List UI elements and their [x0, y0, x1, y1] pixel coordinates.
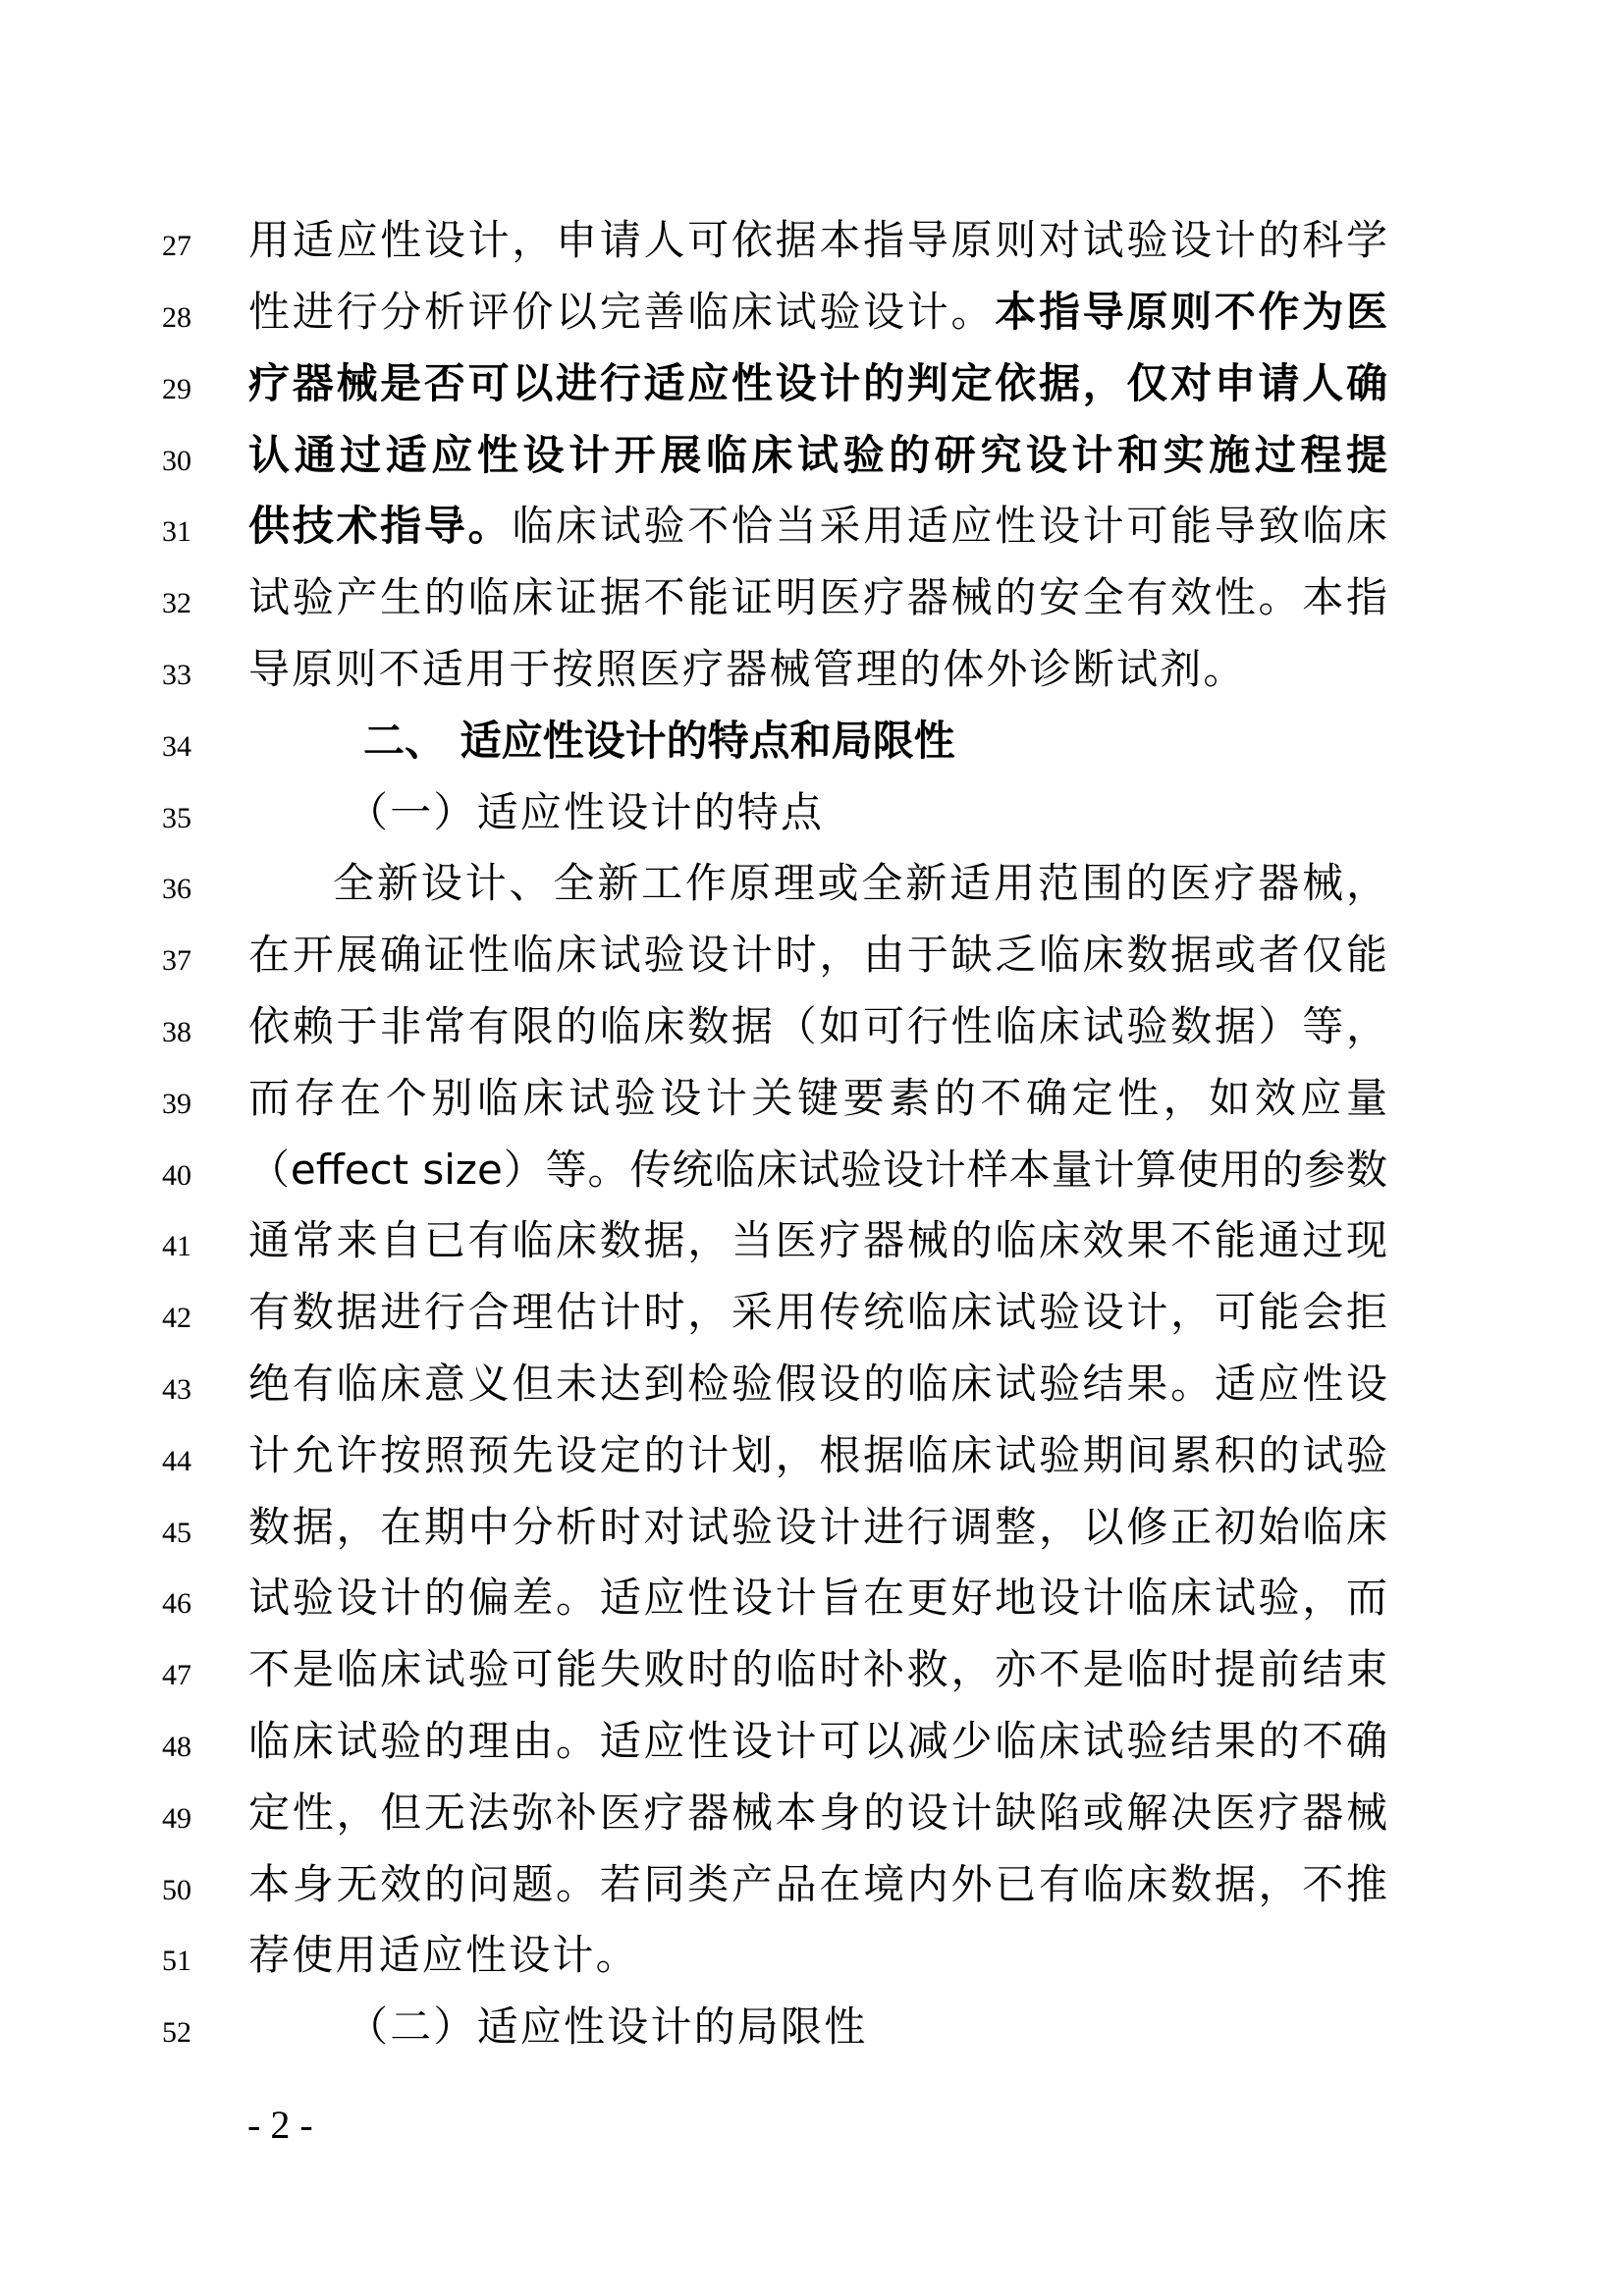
heading-text: （二）适应性设计的局限性 — [347, 2002, 867, 2051]
text-segment: 数据，在期中分析时对试验设计进行调整，以修正初始临床 — [248, 1503, 1387, 1551]
text-segment: 计允许按照预先设定的计划，根据临床试验期间累积的试验 — [248, 1431, 1387, 1479]
line-number: 52 — [147, 1998, 206, 2068]
line-number: 49 — [147, 1784, 206, 1854]
subsection-heading-line: 52 （二）适应性设计的局限性 — [0, 1992, 1624, 2062]
text-segment: 定性，但无法弥补医疗器械本身的设计缺陷或解决医疗器械 — [248, 1789, 1387, 1837]
line-number: 34 — [147, 712, 206, 782]
text-line: 36 全新设计、全新工作原理或全新适用范围的医疗器械， — [0, 848, 1624, 919]
text-line: 48 临床试验的理由。适应性设计可以减少临床试验结果的不确 — [0, 1706, 1624, 1777]
subsection-heading: （一）适应性设计的特点 — [347, 777, 1486, 848]
text-segment: 在开展确证性临床试验设计时，由于缺乏临床数据或者仅能 — [248, 931, 1387, 979]
text-segment: 试验产生的临床证据不能证明医疗器械的安全有效性。本指 — [248, 573, 1387, 621]
body-text: 定性，但无法弥补医疗器械本身的设计缺陷或解决医疗器械 — [248, 1778, 1387, 1848]
line-number: 48 — [147, 1712, 206, 1783]
page-number: - 2 - — [247, 2101, 313, 2150]
subsection-heading: （二）适应性设计的局限性 — [347, 1992, 1486, 2062]
text-segment: 用适应性设计，申请人可依据本指导原则对试验设计的科学 — [248, 216, 1387, 264]
text-line: 40 （effect size）等。传统临床试验设计样本量计算使用的参数 — [0, 1135, 1624, 1205]
text-segment: 通常来自已有临床数据，当医疗器械的临床效果不能通过现 — [248, 1216, 1387, 1264]
line-number: 33 — [147, 640, 206, 711]
text-segment: 试验设计的偏差。适应性设计旨在更好地设计临床试验，而 — [248, 1574, 1387, 1622]
body-text: 在开展确证性临床试验设计时，由于缺乏临床数据或者仅能 — [248, 920, 1387, 990]
line-number: 42 — [147, 1283, 206, 1354]
text-line: 39 而存在个别临床试验设计关键要素的不确定性，如效应量 — [0, 1063, 1624, 1134]
line-number: 41 — [147, 1211, 206, 1282]
line-number: 45 — [147, 1498, 206, 1569]
bold-text-segment: 供技术指导。 — [248, 502, 512, 550]
text-segment: （effect size）等。传统临床试验设计样本量计算使用的参数 — [248, 1146, 1387, 1194]
line-number: 31 — [147, 497, 206, 567]
body-text: 有数据进行合理估计时，采用传统临床试验设计，可能会拒 — [248, 1277, 1387, 1348]
line-number: 43 — [147, 1355, 206, 1425]
text-line: 41 通常来自已有临床数据，当医疗器械的临床效果不能通过现 — [0, 1205, 1624, 1276]
body-text: 性进行分析评价以完善临床试验设计。本指导原则不作为医 — [248, 277, 1387, 347]
body-text: 绝有临床意义但未达到检验假设的临床试验结果。适应性设 — [248, 1349, 1387, 1419]
document-page: 27 用适应性设计，申请人可依据本指导原则对试验设计的科学 28 性进行分析评价… — [0, 0, 1624, 2296]
bold-text-segment: 本指导原则不作为医 — [995, 288, 1387, 336]
text-line: 49 定性，但无法弥补医疗器械本身的设计缺陷或解决医疗器械 — [0, 1778, 1624, 1848]
text-segment: 有数据进行合理估计时，采用传统临床试验设计，可能会拒 — [248, 1288, 1387, 1336]
body-text: 试验设计的偏差。适应性设计旨在更好地设计临床试验，而 — [248, 1563, 1387, 1633]
heading-text: 二、 适应性设计的特点和局限性 — [363, 717, 955, 765]
text-line: 42 有数据进行合理估计时，采用传统临床试验设计，可能会拒 — [0, 1277, 1624, 1348]
body-text: 依赖于非常有限的临床数据（如可行性临床试验数据）等， — [248, 991, 1387, 1062]
text-line: 27 用适应性设计，申请人可依据本指导原则对试验设计的科学 — [0, 205, 1624, 276]
text-segment: 临床试验的理由。适应性设计可以减少临床试验结果的不确 — [248, 1717, 1387, 1765]
subsection-heading-line: 35 （一）适应性设计的特点 — [0, 777, 1624, 848]
body-text: 荐使用适应性设计。 — [248, 1920, 1387, 1991]
body-text: 用适应性设计，申请人可依据本指导原则对试验设计的科学 — [248, 205, 1387, 276]
line-number: 44 — [147, 1426, 206, 1497]
body-text: 导原则不适用于按照医疗器械管理的体外诊断试剂。 — [248, 634, 1387, 705]
text-segment: 而存在个别临床试验设计关键要素的不确定性，如效应量 — [248, 1074, 1387, 1122]
text-line: 45 数据，在期中分析时对试验设计进行调整，以修正初始临床 — [0, 1492, 1624, 1563]
text-line: 33 导原则不适用于按照医疗器械管理的体外诊断试剂。 — [0, 634, 1624, 705]
text-segment: 全新设计、全新工作原理或全新适用范围的医疗器械， — [333, 859, 1387, 907]
text-line: 51 荐使用适应性设计。 — [0, 1920, 1624, 1991]
line-number: 32 — [147, 568, 206, 639]
text-line: 44 计允许按照预先设定的计划，根据临床试验期间累积的试验 — [0, 1420, 1624, 1491]
body-text: 供技术指导。临床试验不恰当采用适应性设计可能导致临床 — [248, 491, 1387, 561]
text-line: 31 供技术指导。临床试验不恰当采用适应性设计可能导致临床 — [0, 491, 1624, 561]
line-number: 46 — [147, 1569, 206, 1639]
text-line: 37 在开展确证性临床试验设计时，由于缺乏临床数据或者仅能 — [0, 920, 1624, 990]
body-text: 计允许按照预先设定的计划，根据临床试验期间累积的试验 — [248, 1420, 1387, 1491]
text-line: 38 依赖于非常有限的临床数据（如可行性临床试验数据）等， — [0, 991, 1624, 1062]
body-text: 数据，在期中分析时对试验设计进行调整，以修正初始临床 — [248, 1492, 1387, 1563]
text-segment: 不是临床试验可能失败时的临时补救，亦不是临时提前结束 — [248, 1645, 1387, 1693]
bold-text-segment: 疗器械是否可以进行适应性设计的判定依据，仅对申请人确 — [248, 359, 1387, 407]
text-line: 43 绝有临床意义但未达到检验假设的临床试验结果。适应性设 — [0, 1349, 1624, 1419]
text-line: 50 本身无效的问题。若同类产品在境内外已有临床数据，不推 — [0, 1849, 1624, 1920]
line-number: 27 — [147, 211, 206, 282]
section-heading-line: 34 二、 适应性设计的特点和局限性 — [0, 706, 1624, 776]
line-number: 51 — [147, 1926, 206, 1997]
body-text: （effect size）等。传统临床试验设计样本量计算使用的参数 — [248, 1135, 1387, 1205]
line-number: 50 — [147, 1855, 206, 1926]
body-text: 临床试验的理由。适应性设计可以减少临床试验结果的不确 — [248, 1706, 1387, 1777]
text-line: 29 疗器械是否可以进行适应性设计的判定依据，仅对申请人确 — [0, 348, 1624, 419]
body-text: 疗器械是否可以进行适应性设计的判定依据，仅对申请人确 — [248, 348, 1387, 419]
body-text: 而存在个别临床试验设计关键要素的不确定性，如效应量 — [248, 1063, 1387, 1134]
text-segment: 本身无效的问题。若同类产品在境内外已有临床数据，不推 — [248, 1860, 1387, 1908]
line-number: 40 — [147, 1141, 206, 1211]
text-segment: 绝有临床意义但未达到检验假设的临床试验结果。适应性设 — [248, 1360, 1387, 1408]
line-number: 47 — [147, 1640, 206, 1711]
text-segment: 导原则不适用于按照医疗器械管理的体外诊断试剂。 — [248, 645, 1247, 693]
body-text: 不是临床试验可能失败时的临时补救，亦不是临时提前结束 — [248, 1634, 1387, 1705]
line-number: 36 — [147, 854, 206, 925]
text-line: 30 认通过适应性设计开展临床试验的研究设计和实施过程提 — [0, 420, 1624, 491]
section-heading: 二、 适应性设计的特点和局限性 — [363, 706, 1502, 776]
line-number: 29 — [147, 354, 206, 425]
text-line: 46 试验设计的偏差。适应性设计旨在更好地设计临床试验，而 — [0, 1563, 1624, 1633]
text-line: 28 性进行分析评价以完善临床试验设计。本指导原则不作为医 — [0, 277, 1624, 347]
text-segment: 性进行分析评价以完善临床试验设计。 — [248, 288, 995, 336]
body-text: 试验产生的临床证据不能证明医疗器械的安全有效性。本指 — [248, 562, 1387, 633]
line-number: 30 — [147, 426, 206, 497]
body-text: 通常来自已有临床数据，当医疗器械的临床效果不能通过现 — [248, 1205, 1387, 1276]
line-number: 37 — [147, 926, 206, 996]
text-segment: 荐使用适应性设计。 — [248, 1931, 639, 1979]
line-number: 28 — [147, 283, 206, 353]
text-line: 47 不是临床试验可能失败时的临时补救，亦不是临时提前结束 — [0, 1634, 1624, 1705]
line-number: 35 — [147, 783, 206, 854]
line-number: 39 — [147, 1069, 206, 1140]
body-text: 全新设计、全新工作原理或全新适用范围的医疗器械， — [333, 848, 1387, 919]
text-segment: 依赖于非常有限的临床数据（如可行性临床试验数据）等， — [248, 1002, 1387, 1050]
line-number: 38 — [147, 997, 206, 1068]
heading-text: （一）适应性设计的特点 — [347, 788, 824, 836]
text-segment: 临床试验不恰当采用适应性设计可能导致临床 — [512, 502, 1387, 550]
body-text: 认通过适应性设计开展临床试验的研究设计和实施过程提 — [248, 420, 1387, 491]
body-text: 本身无效的问题。若同类产品在境内外已有临床数据，不推 — [248, 1849, 1387, 1920]
bold-text-segment: 认通过适应性设计开展临床试验的研究设计和实施过程提 — [248, 431, 1387, 479]
text-line: 32 试验产生的临床证据不能证明医疗器械的安全有效性。本指 — [0, 562, 1624, 633]
